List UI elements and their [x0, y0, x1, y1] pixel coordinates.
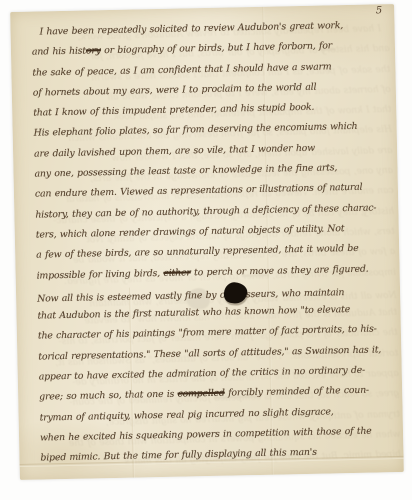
- letter-text: Now all this is esteemed vastly fine by …: [37, 289, 225, 304]
- letter-text: to perch or move as they are figured.: [191, 263, 369, 278]
- letter-text: the character of his paintings "from mer…: [38, 324, 377, 342]
- letter-text: that I know of this impudent pretender, …: [33, 102, 314, 119]
- letter-text: torical representations." These "all sor…: [38, 344, 381, 362]
- letter-text: appear to have excited the admiration of…: [39, 365, 366, 383]
- letter-text: biped mimic. But the time for fully disp…: [40, 447, 317, 464]
- letter-text: history, they can be of no authority, th…: [35, 202, 376, 220]
- letter-text: His elephant folio plates, so far from d…: [34, 121, 358, 139]
- letter-text: sseurs, who maintain: [246, 287, 345, 300]
- letter-text: gree; so much so, that one is: [39, 389, 178, 403]
- letter-text: impossible for living birds,: [37, 267, 164, 281]
- letter-text: ters, which alone render drawings of nat…: [36, 223, 345, 240]
- letter-body: I have been repeatedly solicited to revi…: [31, 15, 404, 469]
- letter-text: that Audubon is the first naturalist who…: [37, 304, 350, 322]
- letter-text: are daily lavished upon them, are so vil…: [34, 143, 315, 160]
- ink-blot: [223, 281, 248, 304]
- struck-out-word: ory: [86, 45, 101, 56]
- letter-page: I have been repeatedly solicited to revi…: [10, 4, 404, 480]
- letter-text: forcibly reminded of the coun-: [225, 385, 369, 399]
- letter-text: and his hist: [32, 46, 86, 58]
- letter-text: of hornets about my ears, were I to proc…: [33, 82, 317, 99]
- letter-text: the sake of peace, as I am confident tha…: [32, 61, 331, 78]
- letter-text: a few of these birds, are so unnaturally…: [36, 243, 359, 261]
- letter-text: any one, possessing the least taste or k…: [34, 162, 337, 179]
- struck-out-word: compelled: [178, 388, 225, 400]
- photograph-background: I have been repeatedly solicited to revi…: [0, 0, 412, 500]
- letter-text: can endure them. Viewed as representatio…: [35, 182, 363, 200]
- struck-out-word: either: [163, 267, 190, 279]
- letter-text: when he excited his squeaking powers in …: [40, 426, 372, 444]
- letter-text: I have been repeatedly solicited to revi…: [39, 20, 343, 37]
- letter-text: tryman of antiquity, whose real pig incu…: [40, 406, 334, 423]
- letter-text: or biography of our birds, but I have fo…: [101, 41, 332, 57]
